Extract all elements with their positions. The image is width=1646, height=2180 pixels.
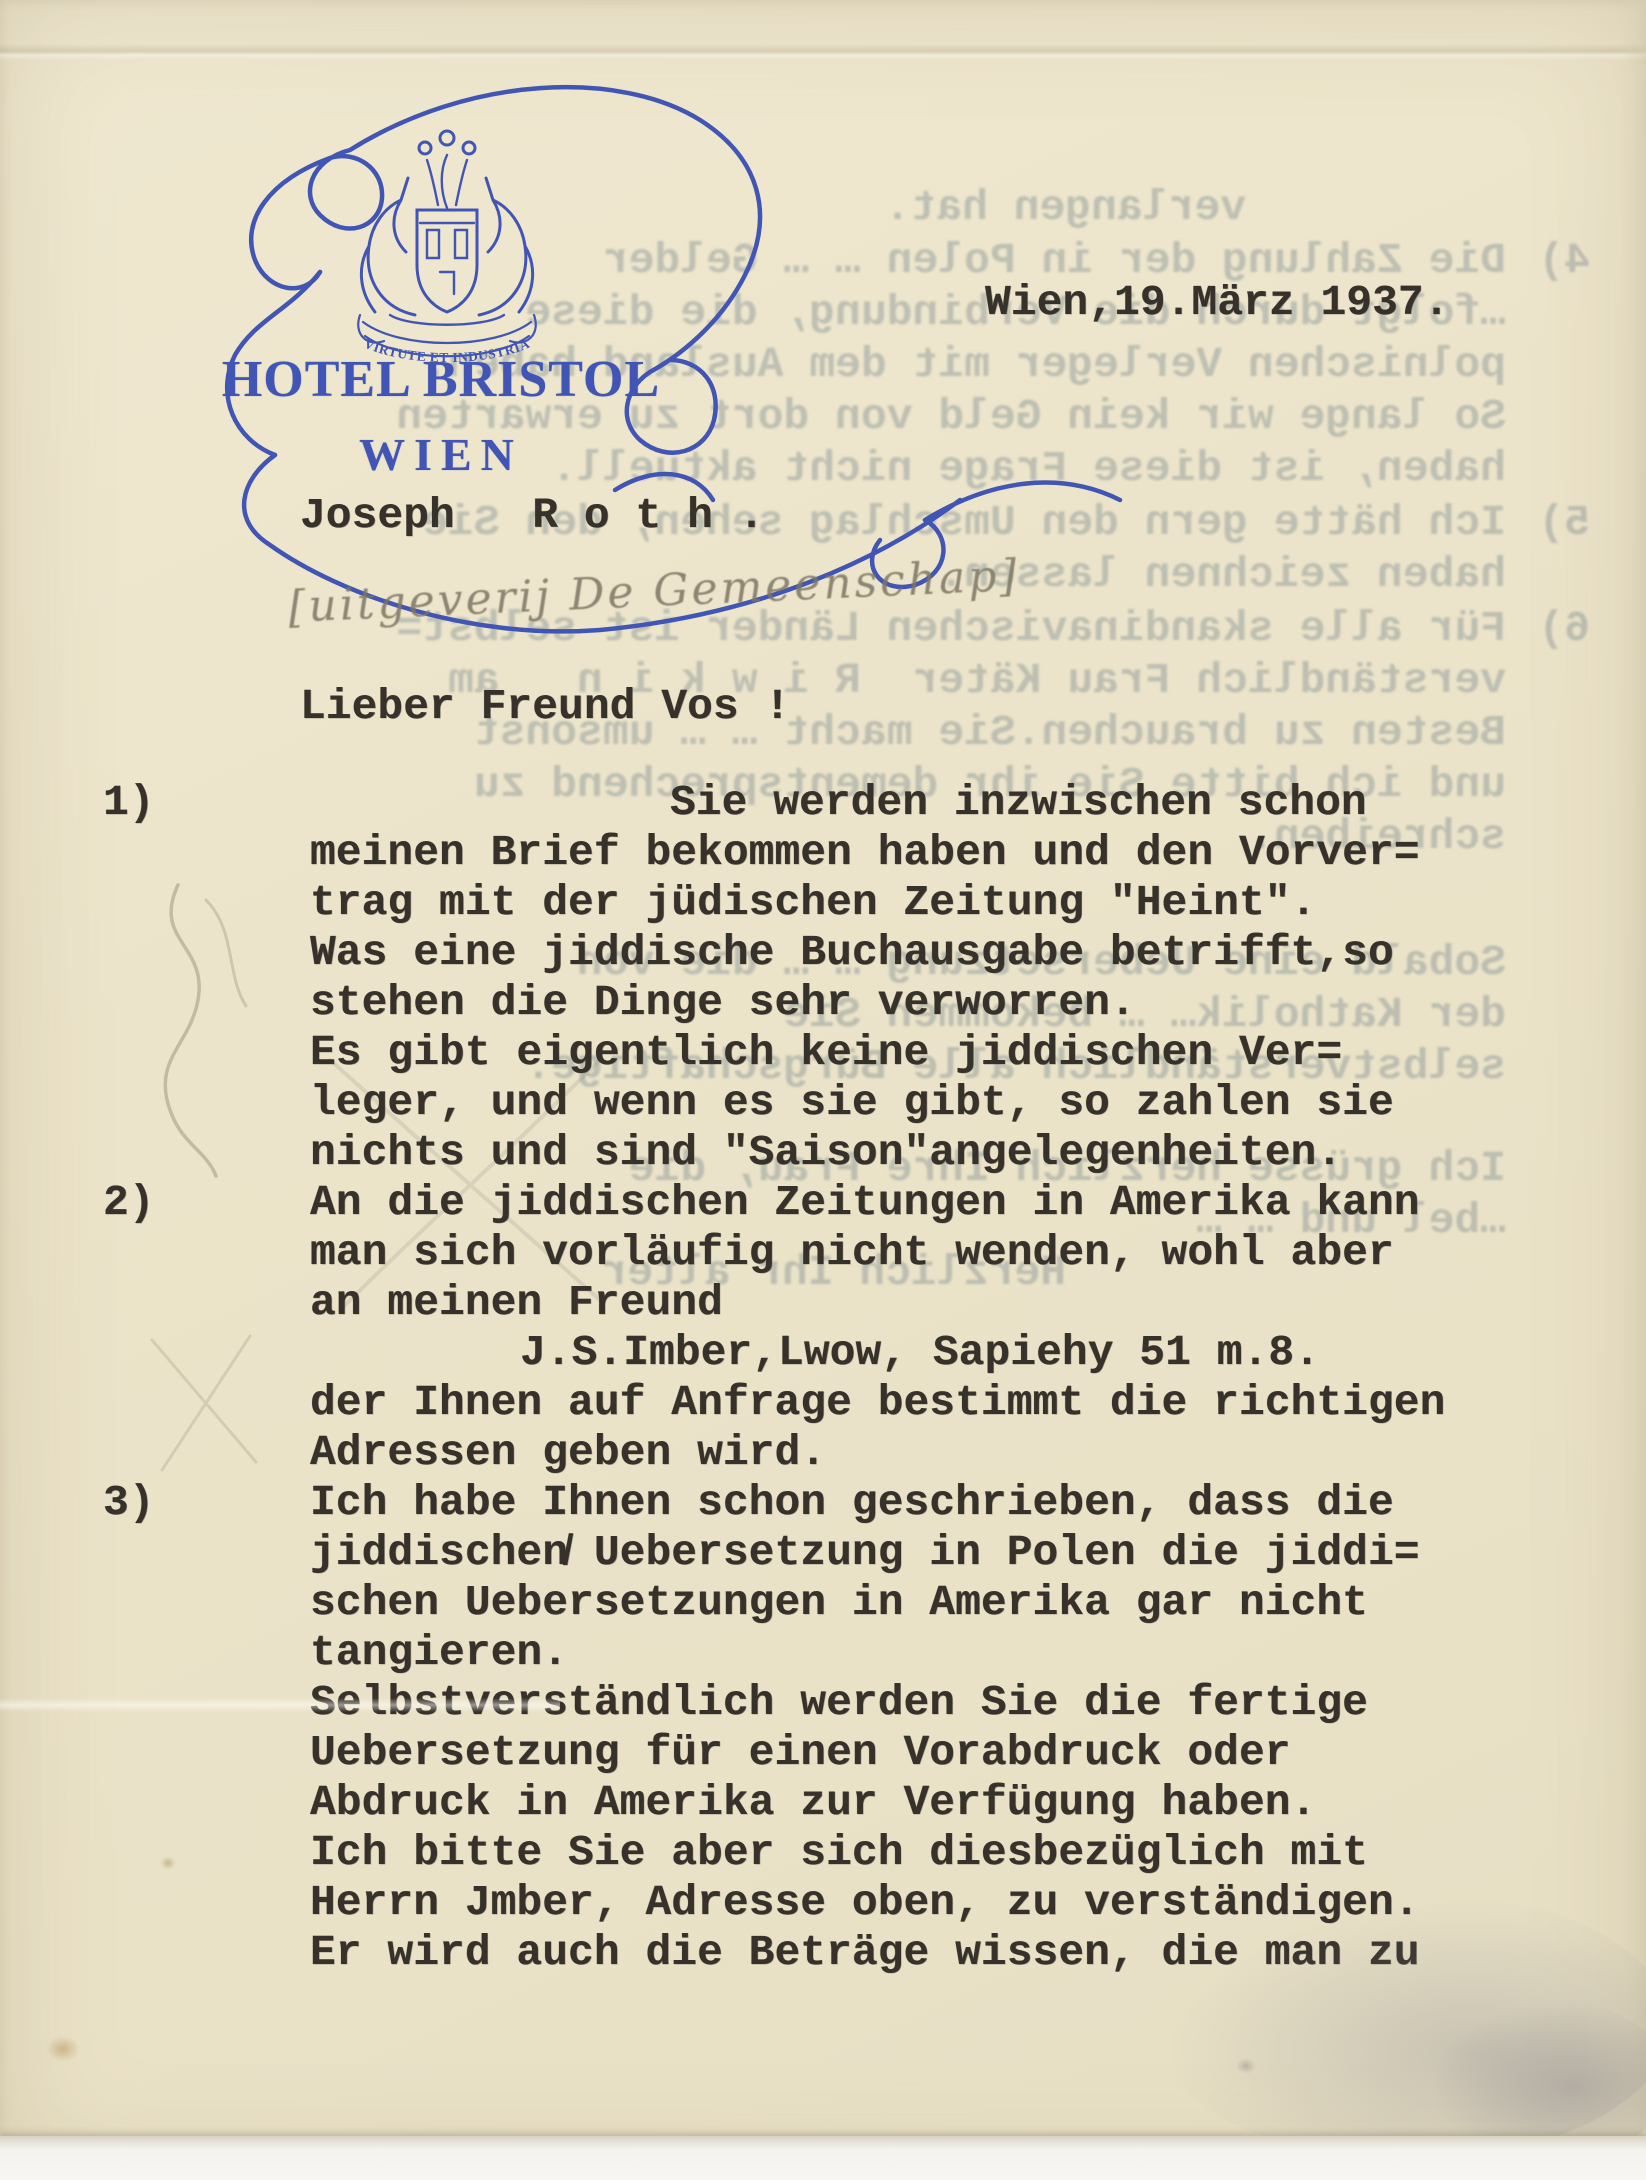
letter-page: verlangen hat.4)Die Zahlung der in Polen… <box>0 0 1646 2180</box>
salutation: Lieber Freund Vos ! <box>300 684 790 730</box>
body-line: Ich bitte Sie aber sich diesbezüglich mi… <box>310 1830 1368 1876</box>
body-line: leger, und wenn es sie gibt, so zahlen s… <box>310 1080 1394 1126</box>
body-line: Abdruck in Amerika zur Verfügung haben. <box>310 1780 1316 1826</box>
body-line: Adressen geben wird. <box>310 1430 826 1476</box>
body-line: J.S.Imber,Lwow, Sapiehy 51 m.8. <box>520 1330 1320 1376</box>
body-line: meinen Brief bekommen haben und den Vorv… <box>310 830 1420 876</box>
list-number: 1) <box>103 780 155 826</box>
body-line: Uebersetzung für einen Vorabdruck oder <box>310 1730 1291 1776</box>
body-line: man sich vorläufig nicht wenden, wohl ab… <box>310 1230 1394 1276</box>
body-line: an meinen Freund <box>310 1280 723 1326</box>
body-line: Er wird auch die Beträge wissen, die man… <box>310 1930 1420 1976</box>
list-number: 3) <box>103 1480 155 1526</box>
body-line: tangieren. <box>310 1630 568 1676</box>
body-line: schen Uebersetzungen in Amerika gar nich… <box>310 1580 1368 1626</box>
body-line: Was eine jiddische Buchausgabe betrifft,… <box>310 930 1394 976</box>
body-line: Ich habe Ihnen schon geschrieben, dass d… <box>310 1480 1394 1526</box>
body-line: stehen die Dinge sehr verworren. <box>310 980 1136 1026</box>
body-line: Es gibt eigentlich keine jiddischen Ver= <box>310 1030 1342 1076</box>
body-line: An die jiddischen Zeitungen in Amerika k… <box>310 1180 1420 1226</box>
body-line: Selbstverständlich werden Sie die fertig… <box>310 1680 1368 1726</box>
typed-text-layer: Joseph R o t h . Wien,19.März 1937. Lieb… <box>0 0 1646 2180</box>
body-line: nichts und sind "Saison"angelegenheiten. <box>310 1130 1342 1176</box>
date-line: Wien,19.März 1937. <box>985 280 1449 326</box>
body-line: trag mit der jüdischen Zeitung "Heint". <box>310 880 1316 926</box>
body-line: jiddischen̸ Uebersetzung in Polen die ji… <box>310 1530 1420 1576</box>
scanner-edge <box>0 2136 1646 2180</box>
sender-name: Joseph R o t h . <box>300 493 764 539</box>
body-line: Sie werden inzwischen schon <box>670 780 1367 826</box>
body-line: der Ihnen auf Anfrage bestimmt die richt… <box>310 1380 1445 1426</box>
body-line: Herrn Jmber, Adresse oben, zu verständig… <box>310 1880 1420 1926</box>
list-number: 2) <box>103 1180 155 1226</box>
